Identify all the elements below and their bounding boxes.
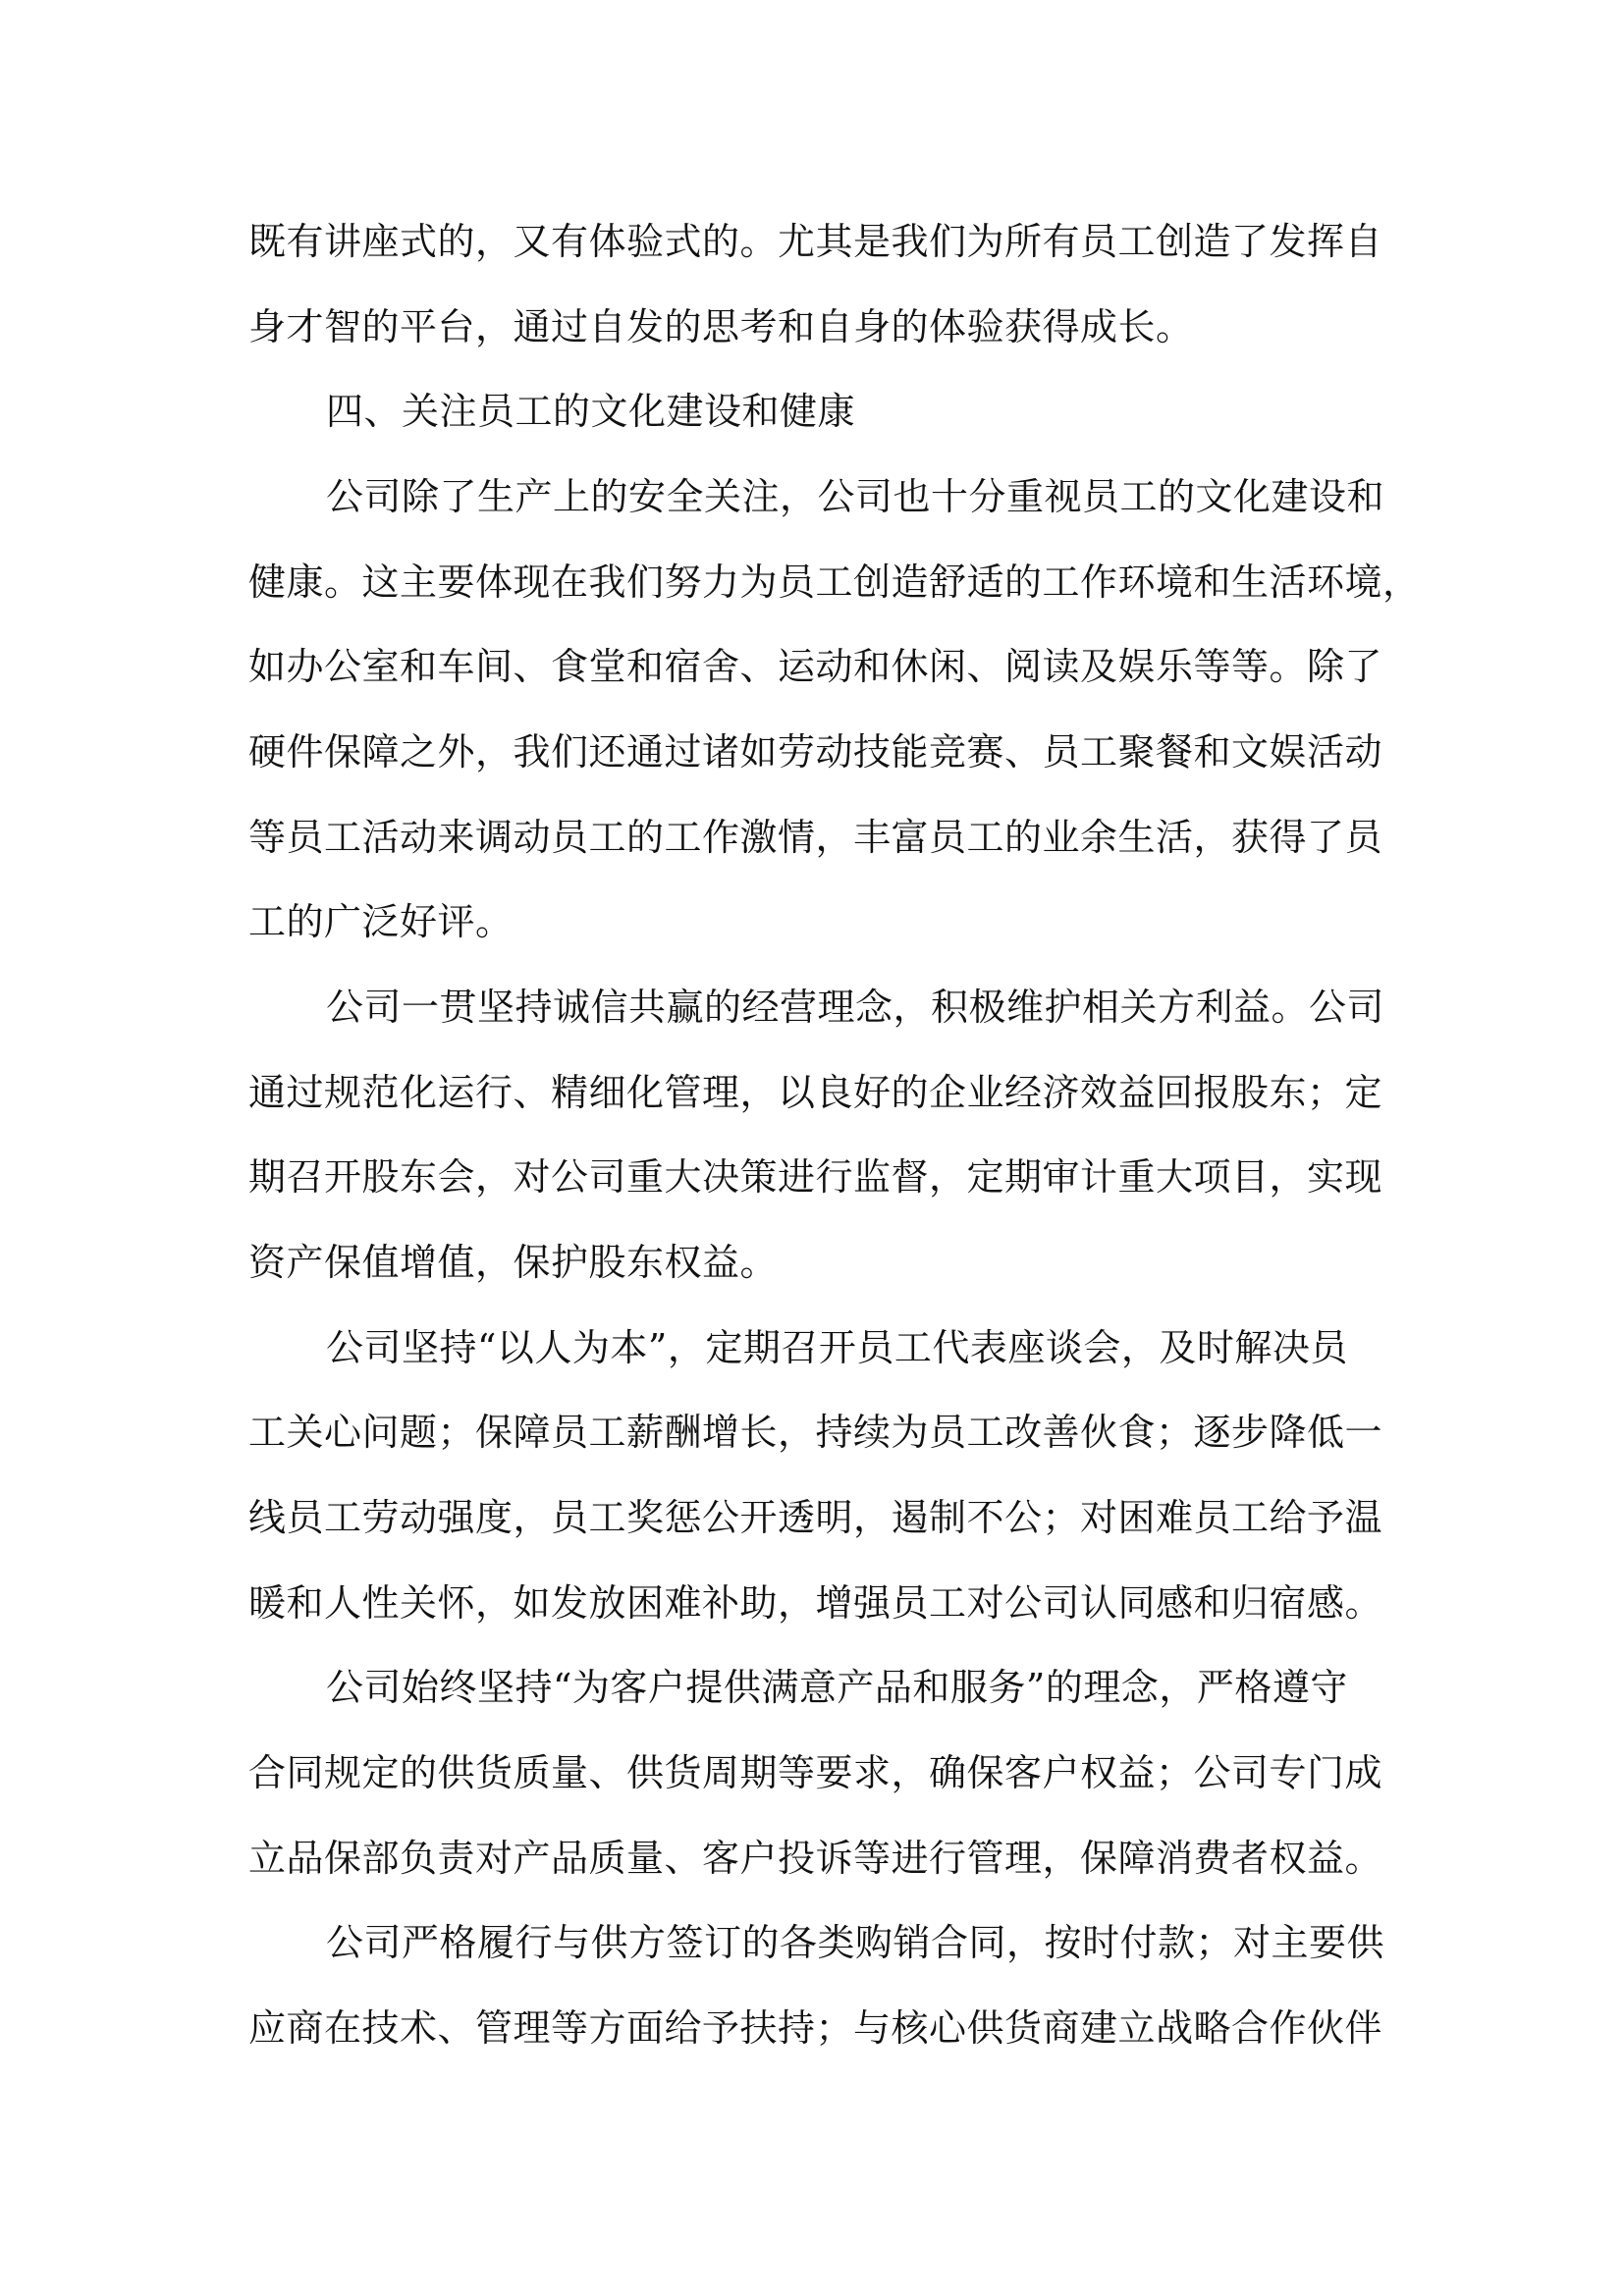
body-line: 身才智的平台，通过自发的思考和自身的体验获得成长。: [248, 303, 1387, 350]
body-line: 通过规范化运行、精细化管理，以良好的企业经济效益回报股东；定: [248, 1069, 1387, 1116]
body-line: 资产保值增值，保护股东权益。: [248, 1239, 1387, 1286]
body-line: 期召开股东会，对公司重大决策进行监督，定期审计重大项目，实现: [248, 1153, 1387, 1201]
body-line: 工关心问题；保障员工薪酬增长，持续为员工改善伙食；逐步降低一: [248, 1409, 1387, 1456]
body-line: 健康。这主要体现在我们努力为员工创造舒适的工作环境和生活环境，: [248, 559, 1387, 606]
body-line: 工的广泛好评。: [248, 898, 1387, 945]
body-line: 既有讲座式的，又有体验式的。尤其是我们为所有员工创造了发挥自: [248, 218, 1387, 265]
paragraph-start-line: 公司始终坚持“为客户提供满意产品和服务”的理念，严格遵守: [326, 1664, 1387, 1711]
paragraph-start-line: 公司严格履行与供方签订的各类购销合同，按时付款；对主要供: [326, 1919, 1387, 1966]
section-heading: 四、关注员工的文化建设和健康: [326, 388, 1387, 435]
paragraph-start-line: 公司一贯坚持诚信共赢的经营理念，积极维护相关方利益。公司: [326, 984, 1387, 1031]
body-line: 应商在技术、管理等方面给予扶持；与核心供货商建立战略合作伙伴: [248, 2004, 1387, 2052]
body-line: 如办公室和车间、食堂和宿舍、运动和休闲、阅读及娱乐等等。除了: [248, 643, 1387, 690]
body-line: 立品保部负责对产品质量、客户投诉等进行管理，保障消费者权益。: [248, 1835, 1387, 1882]
paragraph-start-line: 公司除了生产上的安全关注，公司也十分重视员工的文化建设和: [326, 473, 1387, 520]
body-line: 硬件保障之外，我们还通过诸如劳动技能竞赛、员工聚餐和文娱活动: [248, 728, 1387, 775]
body-line: 线员工劳动强度，员工奖惩公开透明，遏制不公；对困难员工给予温: [248, 1494, 1387, 1541]
paragraph-start-line: 公司坚持“以人为本”，定期召开员工代表座谈会，及时解决员: [326, 1324, 1387, 1371]
body-line: 暖和人性关怀，如发放困难补助，增强员工对公司认同感和归宿感。: [248, 1579, 1387, 1627]
body-line: 等员工活动来调动员工的工作激情，丰富员工的业余生活，获得了员: [248, 814, 1387, 861]
document-page: 既有讲座式的，又有体验式的。尤其是我们为所有员工创造了发挥自 身才智的平台，通过…: [0, 0, 1624, 2296]
body-line: 合同规定的供货质量、供货周期等要求，确保客户权益；公司专门成: [248, 1749, 1387, 1796]
